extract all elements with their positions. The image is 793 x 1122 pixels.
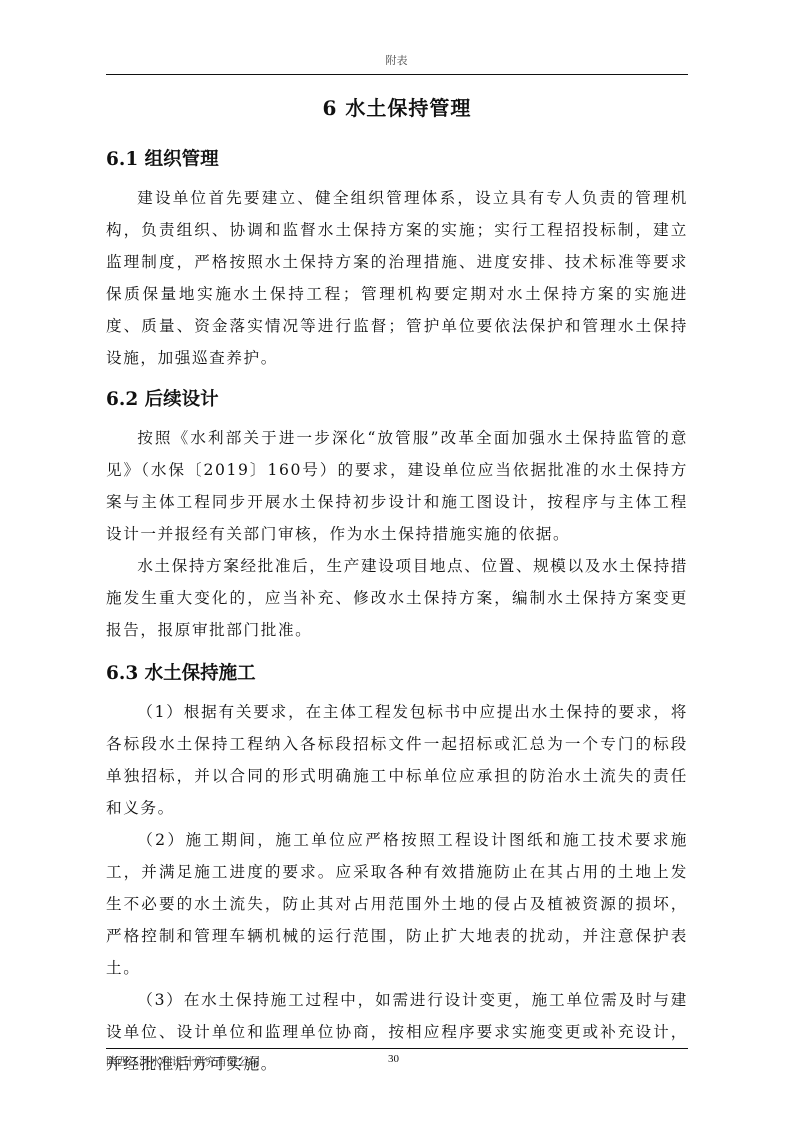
chapter-title: 6 水土保持管理 bbox=[106, 88, 688, 128]
paragraph: （1）根据有关要求，在主体工程发包标书中应提出水土保持的要求，将各标段水土保持工… bbox=[106, 696, 688, 824]
footer-divider bbox=[106, 1048, 688, 1049]
section-title-6-3: 6.3 水土保持施工 bbox=[106, 652, 688, 696]
footer-company-name: 陕西江河水利设计研究有限公司 bbox=[106, 1053, 260, 1069]
page-number: 30 bbox=[388, 1053, 399, 1065]
paragraph: 建设单位首先要建立、健全组织管理体系，设立具有专人负责的管理机构，负责组织、协调… bbox=[106, 182, 688, 374]
paragraph: 水土保持方案经批准后，生产建设项目地点、位置、规模以及水土保持措施发生重大变化的… bbox=[106, 550, 688, 646]
header-label: 附表 bbox=[0, 52, 793, 68]
paragraph: （2）施工期间，施工单位应严格按照工程设计图纸和施工技术要求施工，并满足施工进度… bbox=[106, 824, 688, 984]
page-content: 6 水土保持管理 6.1 组织管理 建设单位首先要建立、健全组织管理体系，设立具… bbox=[106, 88, 688, 1080]
section-title-6-2: 6.2 后续设计 bbox=[106, 378, 688, 422]
section-title-6-1: 6.1 组织管理 bbox=[106, 138, 688, 182]
paragraph: 按照《水利部关于进一步深化“放管服”改革全面加强水土保持监管的意见》（水保〔20… bbox=[106, 422, 688, 550]
header-divider bbox=[106, 74, 688, 75]
